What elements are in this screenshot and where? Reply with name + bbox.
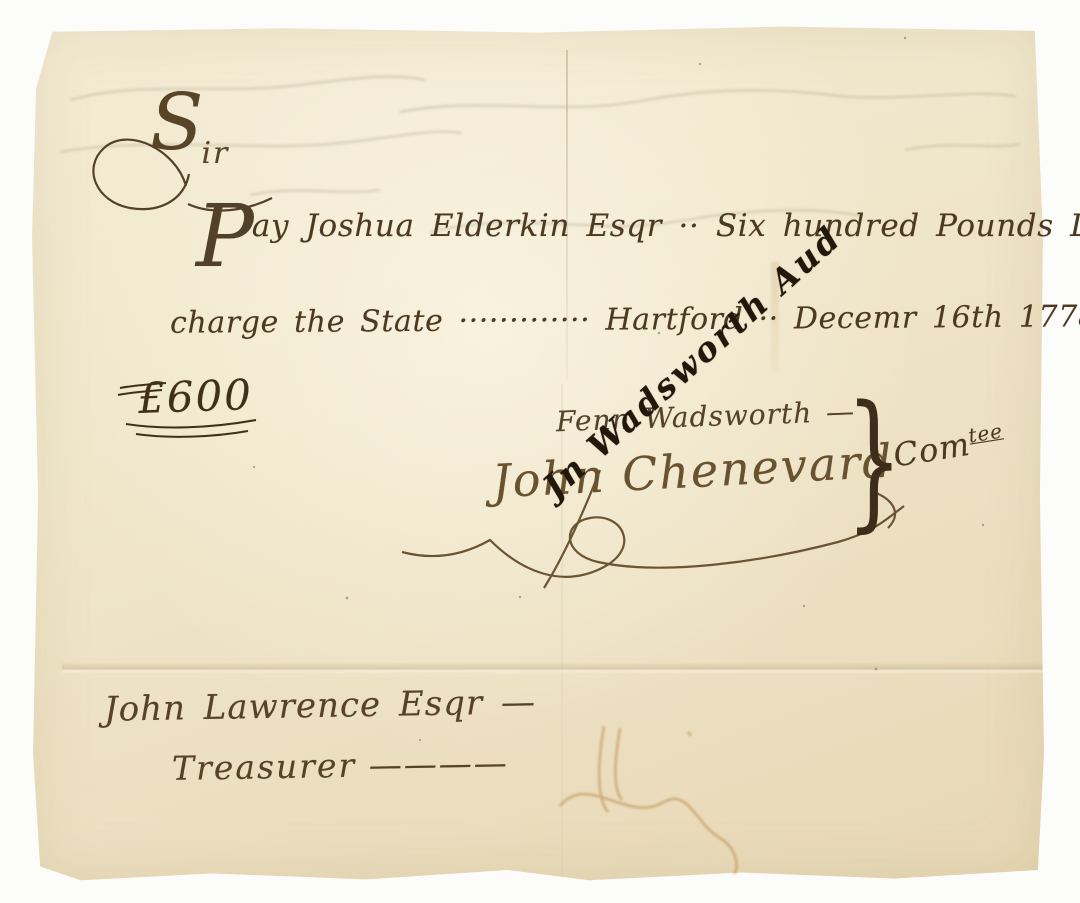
pay-order-line: Pay Joshua Elderkin Esqr ·· Six hundred … [196, 208, 1080, 257]
scanned-document-photo: Sir Pay Joshua Elderkin Esqr ·· Six hund… [0, 0, 1080, 903]
committee-label-superscript: tee [967, 420, 1005, 448]
pay-line-text: ay Joshua Elderkin Esqr ·· Six hundred P… [252, 208, 1080, 244]
salutation-initial: S [150, 78, 201, 168]
pay-initial: P [196, 187, 252, 287]
charge-line: charge the State ············· Hartford … [170, 298, 1080, 340]
salutation-rest: ir [201, 136, 229, 171]
addressee-title: Treasurer ———— [172, 743, 509, 788]
amount-figure: £600 [137, 370, 254, 423]
salutation: Sir [150, 88, 229, 171]
addressee-name: John Lawrence Esqr — [104, 682, 537, 730]
horizontal-fold-crease [62, 662, 1074, 674]
